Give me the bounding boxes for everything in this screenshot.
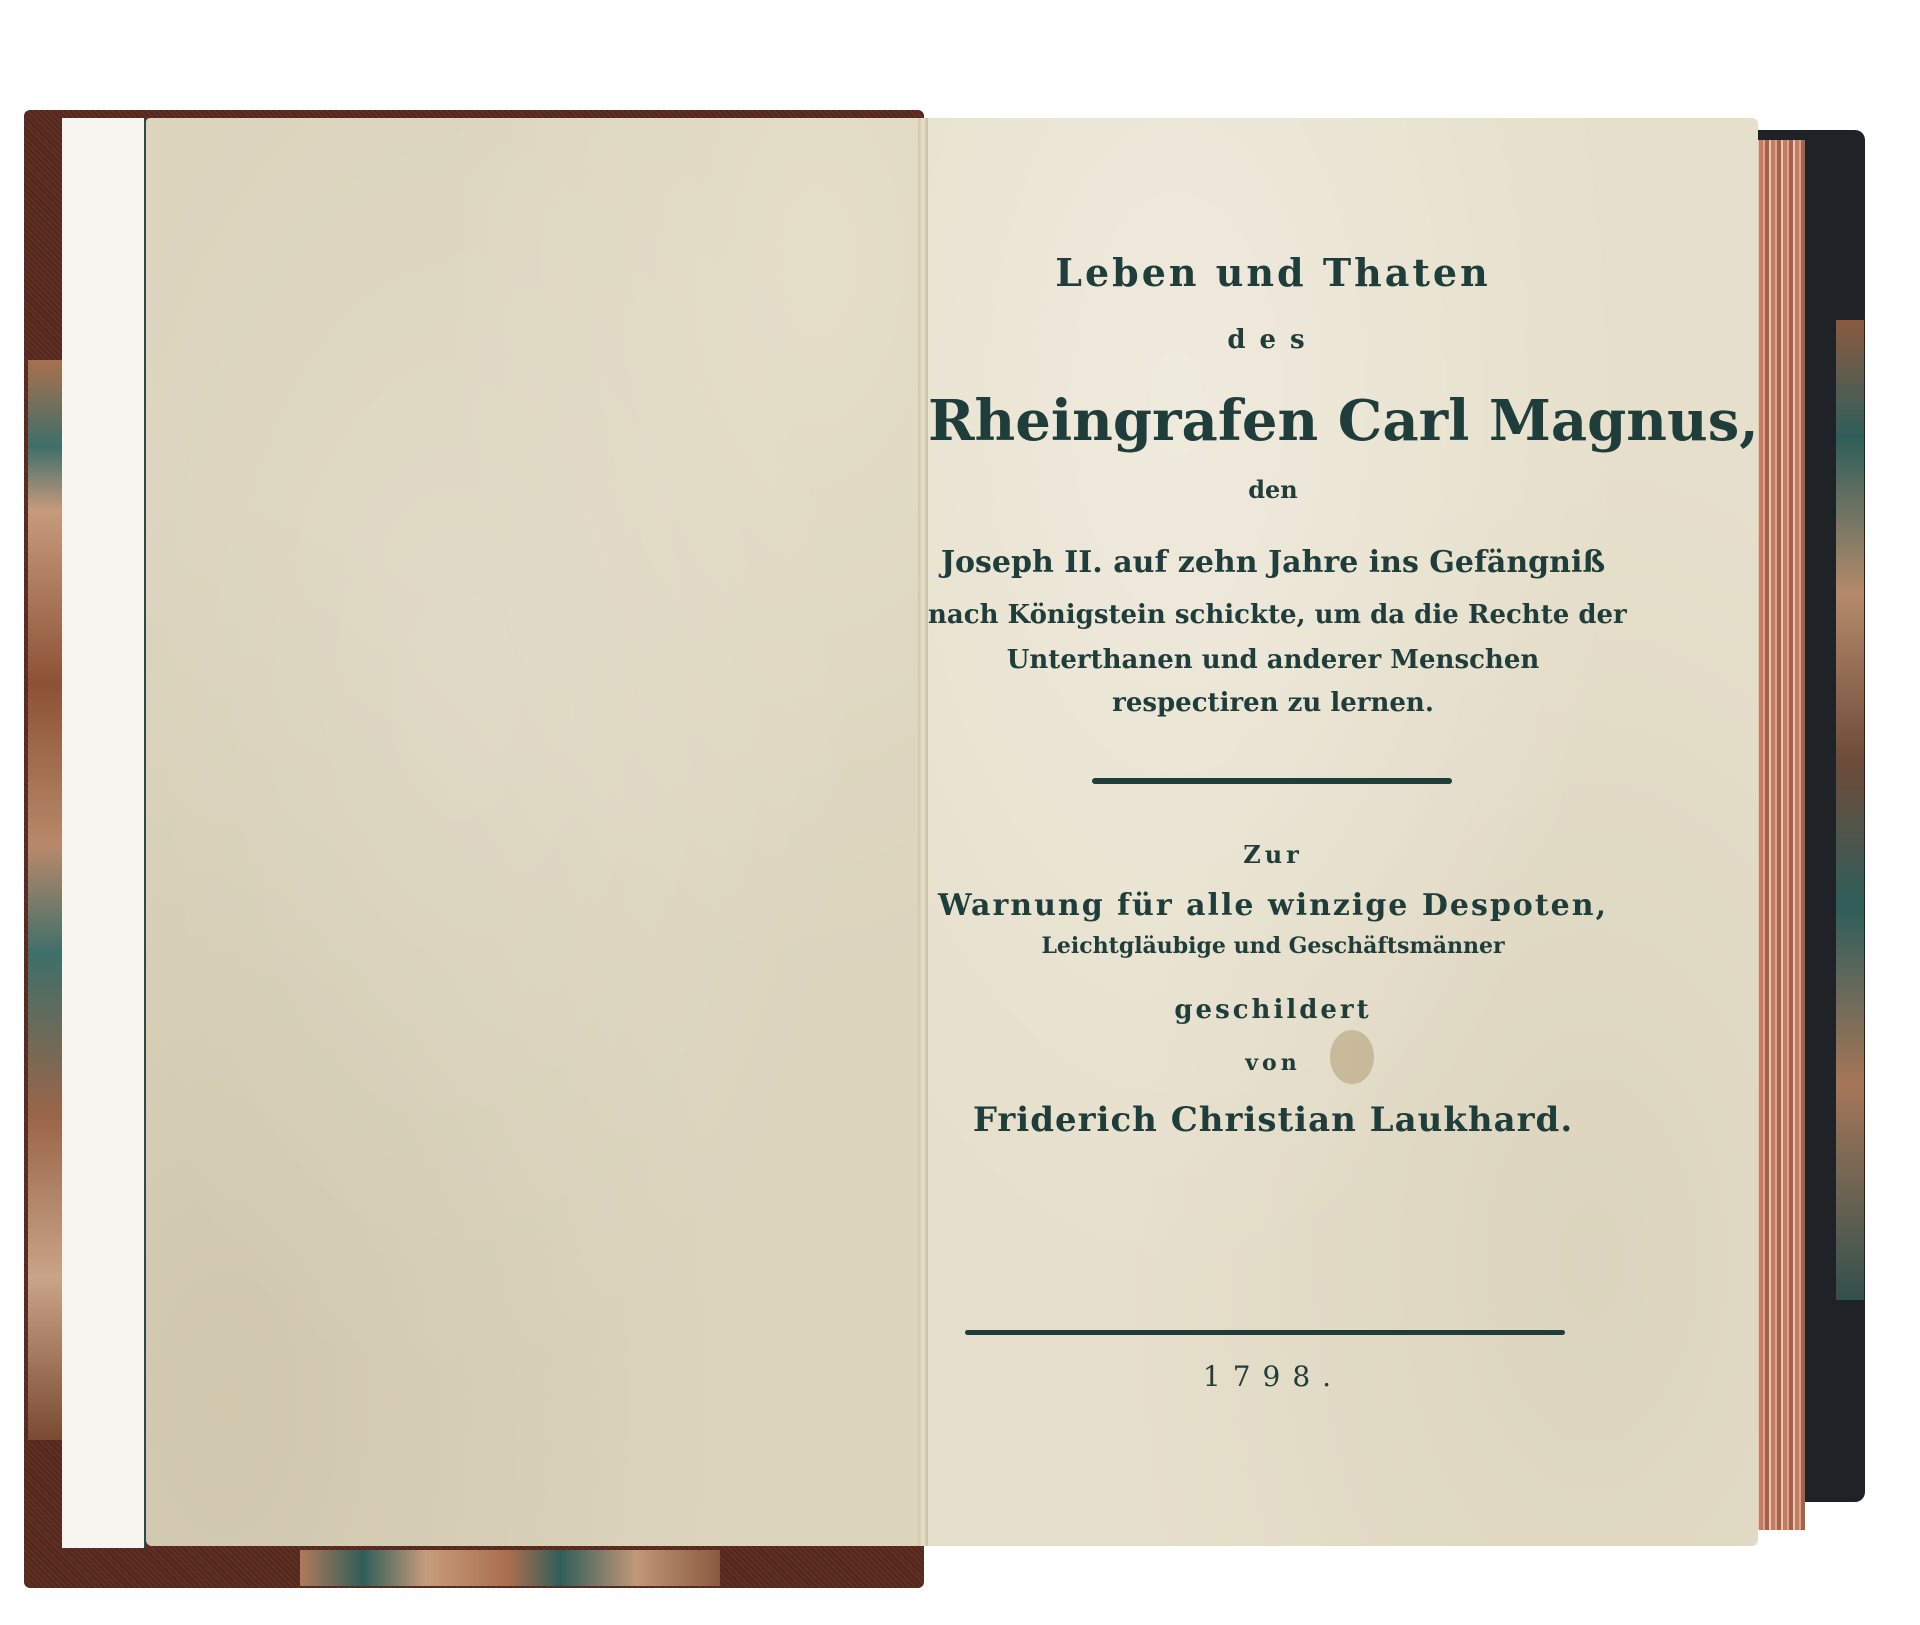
title-line-respectiren: respectiren zu lernen. [928,688,1618,718]
endpaper [62,118,146,1548]
title-line-leichtglaeubige: Leichtgläubige und Geschäftsmänner [928,933,1618,959]
title-line-leben-und-thaten: Leben und Thaten [928,250,1618,295]
title-line-den: den [928,475,1618,504]
marbled-paper-left [28,360,64,1440]
marbled-paper-bottom [300,1550,720,1586]
title-line-warnung: Warnung für alle winzige Despoten, [928,888,1618,923]
publication-year: 1798. [928,1360,1618,1393]
ornamental-rule-top [1092,778,1452,784]
title-line-des: des [928,325,1618,355]
left-page-blank [146,118,936,1546]
book-gutter [918,118,928,1546]
title-line-zur: Zur [928,840,1618,869]
title-line-von: von [928,1050,1618,1076]
title-line-joseph: Joseph II. auf zehn Jahre ins Gefängniß [928,545,1618,580]
ornamental-rule-bottom [965,1330,1565,1335]
title-line-nach-koenigstein: nach Königstein schickte, um da die Rech… [928,600,1618,630]
title-line-unterthanen: Unterthanen und anderer Menschen [928,645,1618,675]
title-line-geschildert: geschildert [928,995,1618,1025]
marbled-paper-right [1836,320,1864,1300]
author-name: Friderich Christian Laukhard. [928,1100,1618,1140]
title-line-rheingrafen: Rheingrafen Carl Magnus, [928,388,1618,454]
